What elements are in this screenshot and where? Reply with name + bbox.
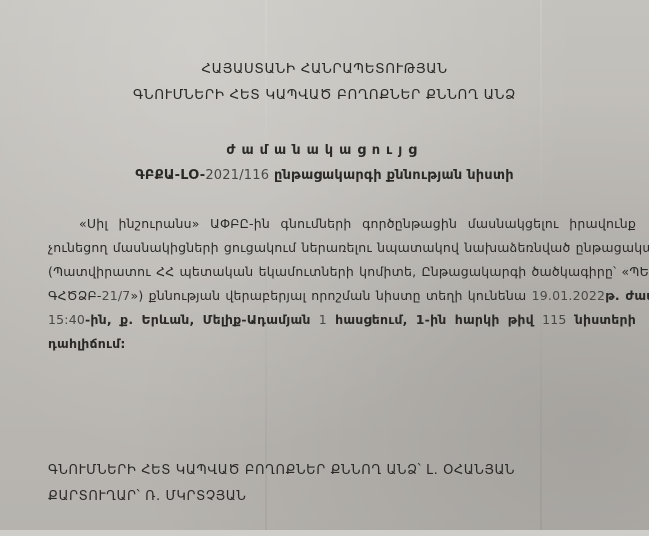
procedure-code-part: ԳՀԾՁԲ- bbox=[48, 288, 102, 303]
signatory-line: ԳՆՈՒՄՆԵՐԻ ՀԵՏ ԿԱՊՎԱԾ ԲՈՂՈՔՆԵՐ ՔՆՆՈՂ ԱՆՁ՝… bbox=[48, 463, 515, 478]
session-date: 19.01.2022 bbox=[532, 288, 606, 303]
address-text: -ին, ք. Երևան, Մելիք-Ադամյան bbox=[85, 312, 319, 327]
document-title: ժամանակացույց bbox=[0, 143, 649, 158]
hall-text: նիստերի bbox=[567, 312, 636, 327]
body-line-1: «Սիլ ինշուրանս» ԱՓԲԸ-ին գնումների գործըն… bbox=[79, 216, 636, 231]
case-code-number: 2021/116 bbox=[205, 168, 269, 183]
body-line-6: դահլիճում: bbox=[48, 336, 126, 351]
document-photo: ՀԱՅԱՍՏԱՆԻ ՀԱՆՐԱՊԵՏՈՒԹՅԱՆ ԳՆՈՒՄՆԵՐԻ ՀԵՏ Կ… bbox=[0, 0, 649, 536]
body-line-3: (Պատվիրատու ՀՀ պետական եկամուտների կոմիտ… bbox=[48, 264, 636, 279]
body-text-bold: թ. ժամը bbox=[605, 288, 649, 303]
body-line-5: 15:40-ին, ք. Երևան, Մելիք-Ադամյան 1 հասց… bbox=[48, 312, 636, 327]
paper-bottom-edge bbox=[0, 530, 649, 536]
header-authority: ԳՆՈՒՄՆԵՐԻ ՀԵՏ ԿԱՊՎԱԾ ԲՈՂՈՔՆԵՐ ՔՆՆՈՂ ԱՆՁ bbox=[0, 87, 649, 103]
body-line-4: ԳՀԾՁԲ-21/7») քննության վերաբերյալ որոշմա… bbox=[48, 288, 636, 303]
building-number: 1 bbox=[319, 312, 327, 327]
floor-text: հասցեում, 1-ին հարկի թիվ bbox=[327, 312, 542, 327]
body-line-2: չունեցող մասնակիցների ցուցակում ներառելո… bbox=[48, 240, 636, 255]
header-country: ՀԱՅԱՍՏԱՆԻ ՀԱՆՐԱՊԵՏՈՒԹՅԱՆ bbox=[0, 61, 649, 77]
procedure-code-number: 21/7 bbox=[102, 288, 131, 303]
secretary-line: ՔԱՐՏՈՒՂԱՐ՝ Ռ. ՄԿՐՏՉՅԱՆ bbox=[48, 489, 246, 504]
subtitle-rest: ընթացակարգի քննության նիստի bbox=[269, 168, 514, 183]
case-code-prefix: ԳԲՔԱ-LO- bbox=[135, 168, 205, 183]
document-subtitle: ԳԲՔԱ-LO-2021/116 ընթացակարգի քննության ն… bbox=[0, 168, 649, 183]
body-text: ») քննության վերաբերյալ որոշման նիստը տե… bbox=[130, 288, 531, 303]
session-time: 15:40 bbox=[48, 312, 85, 327]
hall-number: 115 bbox=[542, 312, 566, 327]
